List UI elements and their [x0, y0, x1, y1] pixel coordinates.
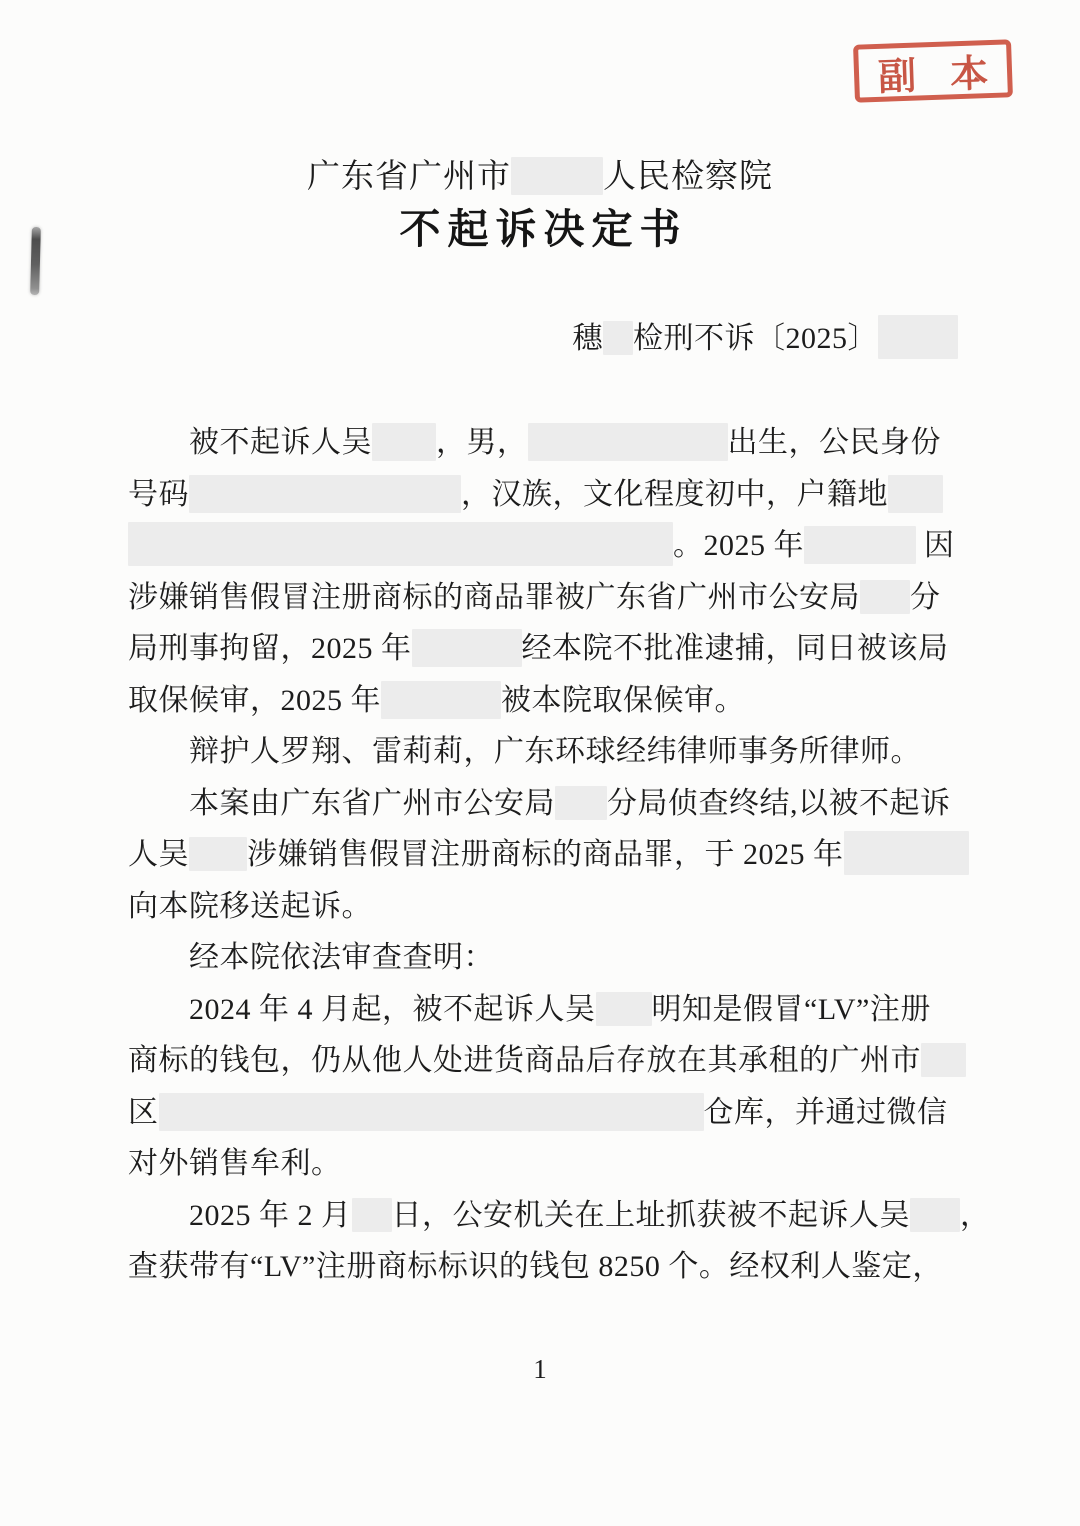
text-segment: 涉嫌销售假冒注册商标的商品罪，于 2025 年: [247, 838, 844, 871]
redaction-box: [596, 992, 652, 1026]
text-segment: 明知是假冒“LV”注册: [652, 993, 931, 1026]
redaction-box: [189, 475, 461, 513]
text-line: 辩护人罗翔、雷莉莉，广东环球经纬律师事务所律师。: [128, 726, 988, 778]
redaction-box: [844, 831, 969, 875]
text-segment: 号码: [128, 478, 189, 511]
text-line: 区仓库，并通过微信: [128, 1087, 988, 1139]
text-line: 人吴涉嫌销售假冒注册商标的商品罪，于 2025 年: [128, 829, 988, 881]
authority-suffix: 人民检察院: [603, 159, 773, 195]
redaction-box: [878, 315, 958, 359]
text-line: 号码，汉族，文化程度初中，户籍地: [128, 469, 988, 521]
text-segment: 取保候审，2025 年: [128, 684, 381, 717]
text-line: 2025 年 2 月日，公安机关在上址抓获被不起诉人吴，: [128, 1190, 988, 1242]
text-segment: 商标的钱包，仍从他人处进货商品后存放在其承租的广州市: [128, 1044, 921, 1077]
text-line: 被不起诉人吴，男，出生，公民身份: [128, 417, 988, 469]
text-segment: 人吴: [128, 838, 189, 871]
text-segment: 因: [916, 529, 955, 562]
copy-stamp-text: 副本: [877, 40, 1023, 100]
text-segment: 日，公安机关在上址抓获被不起诉人吴: [392, 1199, 911, 1232]
text-line: 对外销售牟利。: [128, 1138, 988, 1190]
text-segment: 对外销售牟利。: [128, 1147, 342, 1180]
text-segment: 经本院依法审查查明：: [189, 941, 494, 974]
text-line: 。2025 年 因: [128, 520, 988, 572]
case-number-prefix: 穗: [573, 322, 604, 355]
text-segment: ，: [960, 1199, 991, 1232]
redaction-box: [555, 786, 607, 820]
text-segment: 被不起诉人吴: [189, 426, 372, 459]
redaction-box: [159, 1093, 704, 1131]
text-segment: 出生，公民身份: [728, 426, 942, 459]
page-number: 1: [0, 1354, 1080, 1385]
text-segment: 局刑事拘留，2025 年: [128, 632, 412, 665]
redaction-box: [888, 475, 943, 513]
text-segment: 区: [128, 1096, 159, 1129]
text-segment: 涉嫌销售假冒注册商标的商品罪被广东省广州市公安局: [128, 581, 860, 614]
document-body: 被不起诉人吴，男，出生，公民身份号码，汉族，文化程度初中，户籍地。2025 年 …: [128, 417, 988, 1293]
redaction-box: [921, 1043, 966, 1077]
text-line: 查获带有“LV”注册商标标识的钱包 8250 个。经权利人鉴定，: [128, 1241, 988, 1293]
text-segment: 仓库，并通过微信: [704, 1096, 948, 1129]
text-line: 向本院移送起诉。: [128, 881, 988, 933]
text-line: 取保候审，2025 年被本院取保候审。: [128, 675, 988, 727]
text-segment: 。2025 年: [673, 529, 804, 562]
copy-stamp: 副本: [853, 39, 1013, 102]
text-segment: 向本院移送起诉。: [128, 890, 372, 923]
text-segment: ，男，: [436, 426, 528, 459]
text-segment: 被本院取保候审。: [501, 684, 745, 717]
text-segment: 本案由广东省广州市公安局: [189, 787, 555, 820]
redaction-box: [804, 526, 916, 564]
text-line: 2024 年 4 月起，被不起诉人吴明知是假冒“LV”注册: [128, 984, 988, 1036]
text-segment: ，汉族，文化程度初中，户籍地: [461, 478, 888, 511]
text-line: 商标的钱包，仍从他人处进货商品后存放在其承租的广州市: [128, 1035, 988, 1087]
redaction-box: [352, 1198, 392, 1232]
text-segment: 分: [910, 581, 941, 614]
text-line: 局刑事拘留，2025 年经本院不批准逮捕，同日被该局: [128, 623, 988, 675]
redaction-box: [860, 580, 910, 614]
text-segment: 经本院不批准逮捕，同日被该局: [522, 632, 949, 665]
text-segment: 2025 年 2 月: [189, 1199, 352, 1232]
authority-prefix: 广东省广州市: [307, 159, 511, 195]
text-segment: 分局侦查终结,以被不起诉: [607, 787, 951, 820]
scanned-document-page: 副本 广东省广州市人民检察院 不起诉决定书 穗检刑不诉〔2025〕 被不起诉人吴…: [0, 0, 1080, 1526]
redaction-box: [372, 423, 436, 461]
text-line: 涉嫌销售假冒注册商标的商品罪被广东省广州市公安局分: [128, 572, 988, 624]
redaction-box: [189, 837, 247, 871]
authority-line: 广东省广州市人民检察院: [0, 150, 1080, 197]
case-number-body: 检刑不诉〔2025〕: [633, 322, 878, 355]
redaction-box: [128, 522, 673, 566]
text-segment: 辩护人罗翔、雷莉莉，广东环球经纬律师事务所律师。: [189, 735, 921, 768]
document-title: 不起诉决定书: [0, 196, 1080, 255]
redaction-box: [528, 423, 728, 461]
redaction-box: [412, 629, 522, 667]
text-segment: 2024 年 4 月起，被不起诉人吴: [189, 993, 596, 1026]
case-number-line: 穗检刑不诉〔2025〕: [573, 313, 959, 359]
text-segment: 查获带有“LV”注册商标标识的钱包 8250 个。经权利人鉴定，: [128, 1250, 943, 1283]
redaction-box: [603, 321, 633, 355]
redaction-box: [910, 1198, 960, 1232]
text-line: 本案由广东省广州市公安局分局侦查终结,以被不起诉: [128, 778, 988, 830]
text-line: 经本院依法审查查明：: [128, 932, 988, 984]
redaction-box: [511, 157, 603, 195]
redaction-box: [381, 681, 501, 719]
